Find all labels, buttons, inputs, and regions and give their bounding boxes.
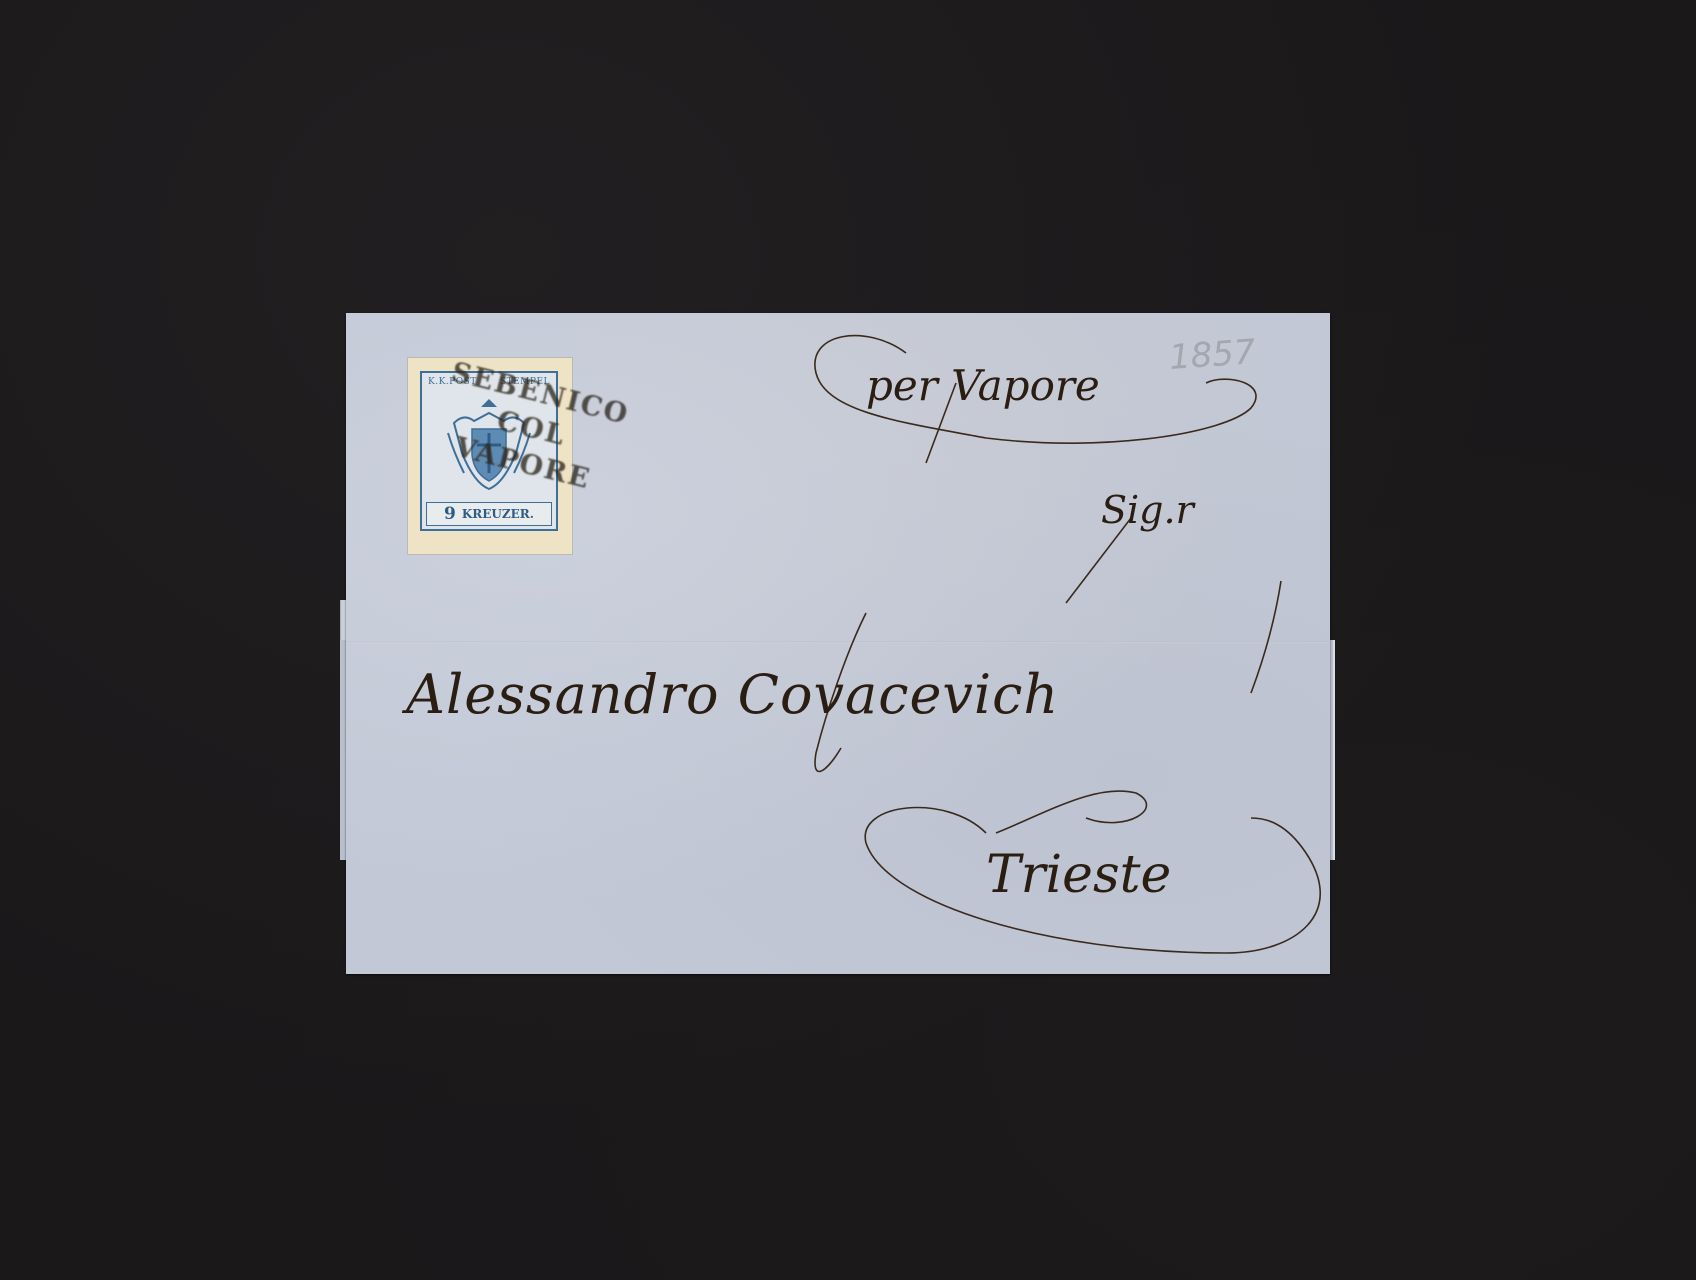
script-flourishes (346, 313, 1330, 974)
addressee-name: Alessandro Covacevich (406, 663, 1059, 726)
destination-city: Trieste (986, 845, 1171, 905)
routing-instruction: per Vapore (866, 361, 1100, 410)
postal-cover: 1857 K.K.POST STEMPEL 9 KREUZER. SEBENIC… (346, 313, 1330, 974)
salutation: Sig.r (1101, 488, 1194, 532)
